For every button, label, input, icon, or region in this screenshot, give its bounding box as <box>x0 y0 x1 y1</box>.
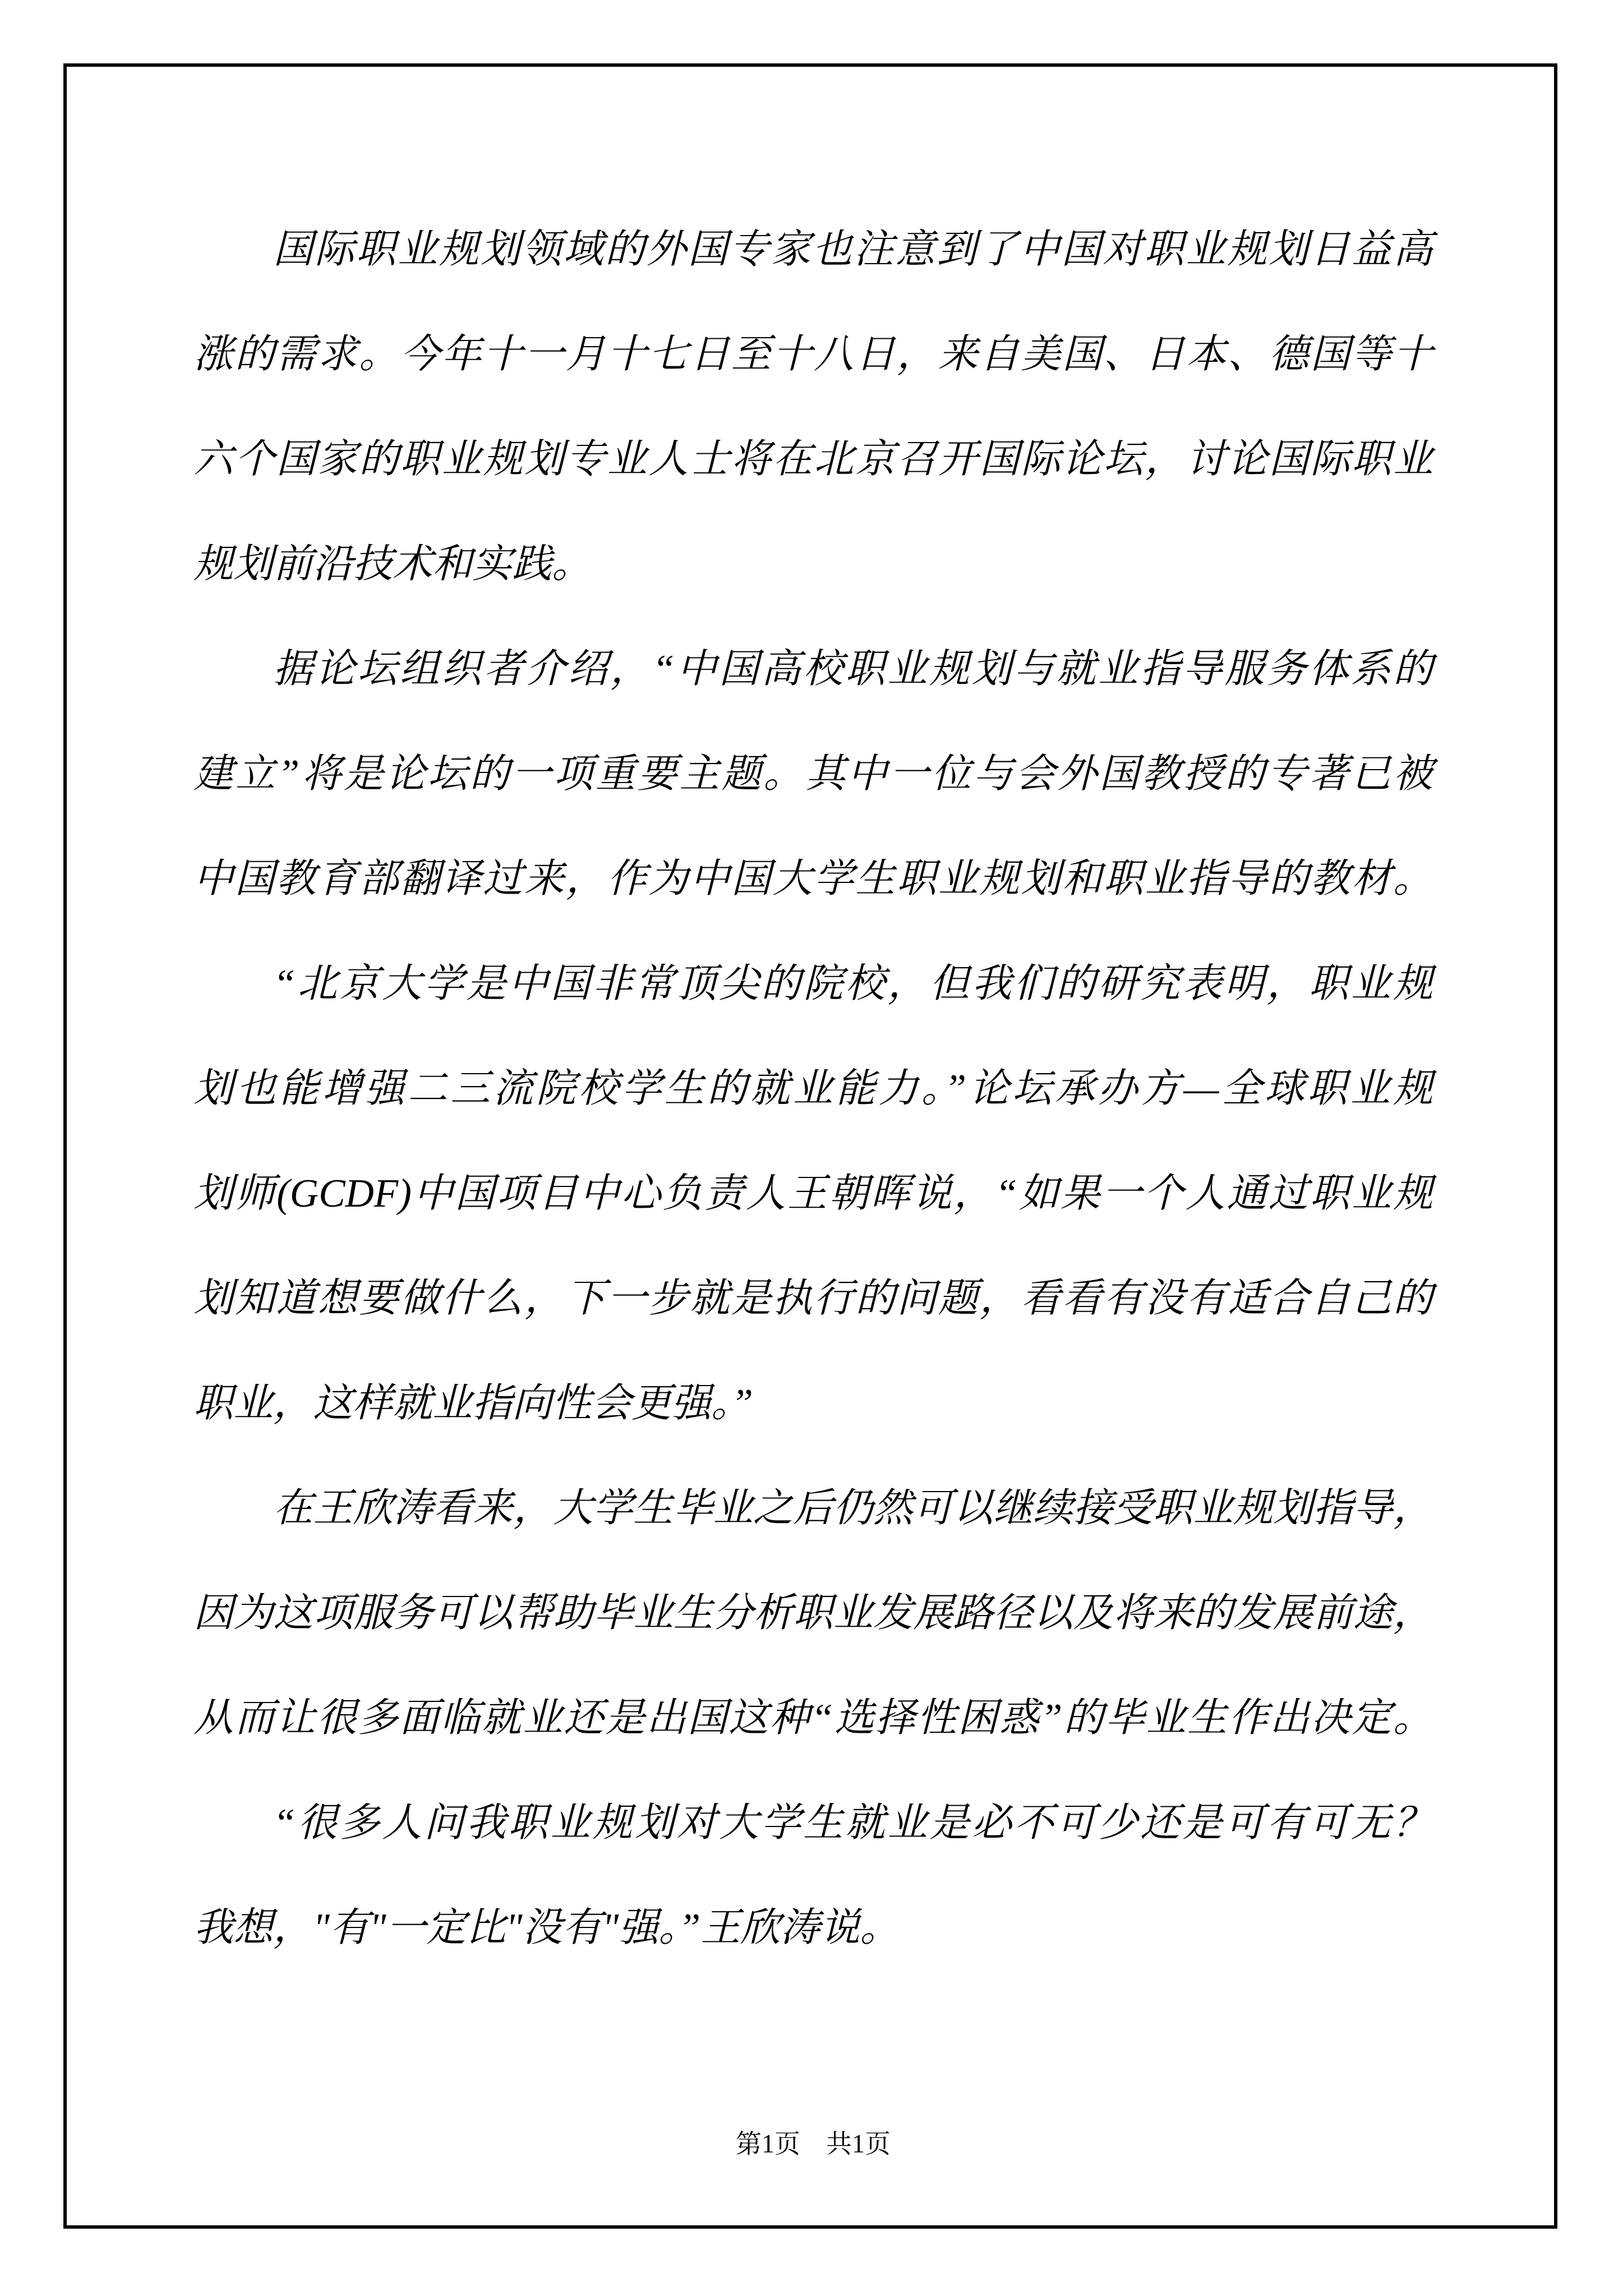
body-line: 国际职业规划领域的外国专家也注意到了中国对职业规划日益高 <box>193 197 1433 302</box>
document-body: 国际职业规划领域的外国专家也注意到了中国对职业规划日益高 涨的需求。今年十一月十… <box>193 197 1433 1981</box>
body-line: 规划前沿技术和实践。 <box>193 512 1433 617</box>
body-line: 我想，"有"一定比"没有"强。”王欣涛说。 <box>193 1876 1433 1981</box>
body-line: 在王欣涛看来，大学生毕业之后仍然可以继续接受职业规划指导， <box>193 1456 1433 1561</box>
body-line: 划师(GCDF)中国项目中心负责人王朝晖说，“如果一个人通过职业规 <box>193 1142 1433 1246</box>
body-line: 划知道想要做什么，下一步就是执行的问题，看看有没有适合自己的 <box>193 1246 1433 1351</box>
document-page: { "colors": { "background": "#ffffff", "… <box>0 0 1623 2296</box>
body-line: 中国教育部翻译过来，作为中国大学生职业规划和职业指导的教材。 <box>193 827 1433 932</box>
body-line: 六个国家的职业规划专业人士将在北京召开国际论坛，讨论国际职业 <box>193 407 1433 512</box>
body-line: 据论坛组织者介绍，“中国高校职业规划与就业指导服务体系的 <box>193 617 1433 722</box>
body-line: “很多人问我职业规划对大学生就业是必不可少还是可有可无？ <box>193 1771 1433 1876</box>
body-line: 从而让很多面临就业还是出国这种“选择性困惑”的毕业生作出决定。 <box>193 1666 1433 1771</box>
body-line: 划也能增强二三流院校学生的就业能力。”论坛承办方—全球职业规 <box>193 1037 1433 1142</box>
page-footer: 第1页 共1页 <box>193 2122 1433 2166</box>
body-line: 因为这项服务可以帮助毕业生分析职业发展路径以及将来的发展前途， <box>193 1561 1433 1666</box>
body-line: 涨的需求。今年十一月十七日至十八日，来自美国、日本、德国等十 <box>193 302 1433 407</box>
body-line: “北京大学是中国非常顶尖的院校，但我们的研究表明，职业规 <box>193 932 1433 1037</box>
body-line: 职业，这样就业指向性会更强。” <box>193 1351 1433 1456</box>
body-line: 建立”将是论坛的一项重要主题。其中一位与会外国教授的专著已被 <box>193 722 1433 827</box>
